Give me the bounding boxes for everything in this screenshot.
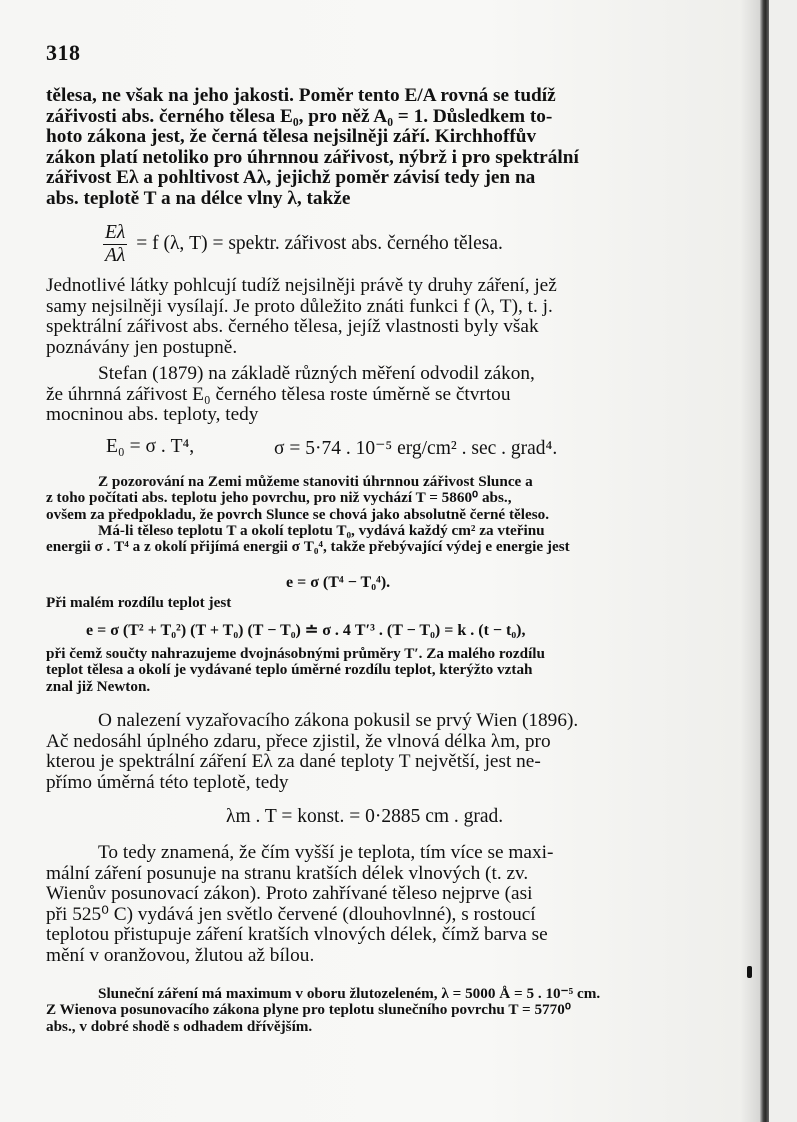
text-line: při 525⁰ C) vydává jen světlo červené (d… <box>46 905 672 926</box>
text-line: Z Wienova posunovacího zákona plyne pro … <box>46 1002 672 1018</box>
fraction-numerator: Eλ <box>103 222 127 245</box>
text-line: Sluneční záření má maximum v oboru žluto… <box>46 986 672 1002</box>
next-page-edge <box>769 0 797 1122</box>
paragraph-kirchhoff: tělesa, ne však na jeho jakosti. Poměr t… <box>46 86 672 210</box>
paragraph-wien: O nalezení vyzařovacího zákona pokusil s… <box>46 711 672 793</box>
text-line: zářivost Eλ a pohltivost Aλ, jejichž pom… <box>46 168 672 189</box>
page-number: 318 <box>46 40 81 66</box>
fraction-denominator: Aλ <box>103 245 127 267</box>
text-line: mální záření posunuje na stranu kratších… <box>46 864 672 885</box>
text-line: přímo úměrná této teplotě, tedy <box>46 773 672 794</box>
text-line: z toho počítati abs. teplotu jeho povrch… <box>46 490 672 506</box>
text-line: mocninou abs. teploty, tedy <box>46 405 672 426</box>
text-line: teplotou přistupuje záření kratších vlno… <box>46 925 672 946</box>
text-line: mění v oranžovou, žlutou až bílou. <box>46 946 672 967</box>
text-line: teplot tělesa a okolí je vydávané teplo … <box>46 662 672 678</box>
equation-newton-cooling: e = σ (T² + T₀²) (T + T₀) (T − T₀) ≐ σ .… <box>86 620 525 640</box>
text-line: tělesa, ne však na jeho jakosti. Poměr t… <box>46 86 672 107</box>
text-line: při čemž součty nahrazujeme dvojnásobným… <box>46 646 672 662</box>
equation-stefan-law: E₀ = σ . T⁴, <box>106 436 194 458</box>
ink-blot <box>747 966 752 978</box>
text-line: zákon platí netoliko pro úhrnnou zářivos… <box>46 148 672 169</box>
text-line: zářivosti abs. černého tělesa E₀, pro ně… <box>46 107 672 128</box>
text-line: že úhrnná zářivost E₀ černého tělesa ros… <box>46 385 672 406</box>
text-line: energii σ . T⁴ a z okolí přijímá energii… <box>46 539 672 555</box>
fraction: Eλ Aλ <box>103 222 127 267</box>
text-line: spektrální zářivost abs. černého tělesa,… <box>46 317 672 338</box>
paragraph-displacement: To tedy znamená, že čím vyšší je teplota… <box>46 843 672 967</box>
binding-shadow <box>740 0 762 1122</box>
text-line: Má-li těleso teplotu T a okolí teplotu T… <box>46 523 672 539</box>
paragraph-stefan: Stefan (1879) na základě různých měření … <box>46 364 672 426</box>
text-line: hoto zákona jest, že černá tělesa nejsil… <box>46 127 672 148</box>
text-line: Z pozorování na Zemi můžeme stanoviti úh… <box>46 474 672 490</box>
text-line: kterou je spektrální záření Eλ za dané t… <box>46 752 672 773</box>
text-line: znal již Newton. <box>46 679 672 695</box>
equation-spectral-emissivity: Eλ Aλ = f (λ, T) = spektr. zářivost abs.… <box>103 222 503 267</box>
equation-excess-emission: e = σ (T⁴ − T₀⁴). <box>286 574 390 592</box>
text-line: Při malém rozdílu teplot jest <box>46 595 672 611</box>
smallprint-intro: Při malém rozdílu teplot jest <box>46 595 672 611</box>
text-line: To tedy znamená, že čím vyšší je teplota… <box>46 843 672 864</box>
book-binding-edge <box>760 0 769 1122</box>
paragraph-absorption: Jednotlivé látky pohlcují tudíž nejsilně… <box>46 276 672 358</box>
text-line: abs., v dobré shodě s odhadem dřívějším. <box>46 1019 672 1035</box>
smallprint-newton: při čemž součty nahrazujeme dvojnásobným… <box>46 646 672 695</box>
text-line: abs. teplotě T a na délce vlny λ, takže <box>46 189 672 210</box>
text-line: poznávány jen postupně. <box>46 338 672 359</box>
text-line: Wienův posunovací zákon). Proto zahřívan… <box>46 884 672 905</box>
text-line: Ač nedosáhl úplného zdaru, přece zjistil… <box>46 732 672 753</box>
equation-rhs: = f (λ, T) = spektr. zářivost abs. černé… <box>136 233 503 254</box>
smallprint-sun-temperature: Z pozorování na Zemi můžeme stanoviti úh… <box>46 474 672 555</box>
text-line: Stefan (1879) na základě různých měření … <box>46 364 672 385</box>
equation-wien-displacement: λm . T = konst. = 0·2885 cm . grad. <box>226 806 503 828</box>
equation-stefan-constant: σ = 5·74 . 10⁻⁵ erg/cm² . sec . grad⁴. <box>274 436 557 460</box>
text-line: samy nejsilněji vysílají. Je proto důlež… <box>46 297 672 318</box>
scanned-book-page: 318 tělesa, ne však na jeho jakosti. Pom… <box>0 0 797 1122</box>
text-line: Jednotlivé látky pohlcují tudíž nejsilně… <box>46 276 672 297</box>
text-line: O nalezení vyzařovacího zákona pokusil s… <box>46 711 672 732</box>
text-line: ovšem za předpokladu, že povrch Slunce s… <box>46 507 672 523</box>
smallprint-solar-maximum: Sluneční záření má maximum v oboru žluto… <box>46 986 672 1035</box>
